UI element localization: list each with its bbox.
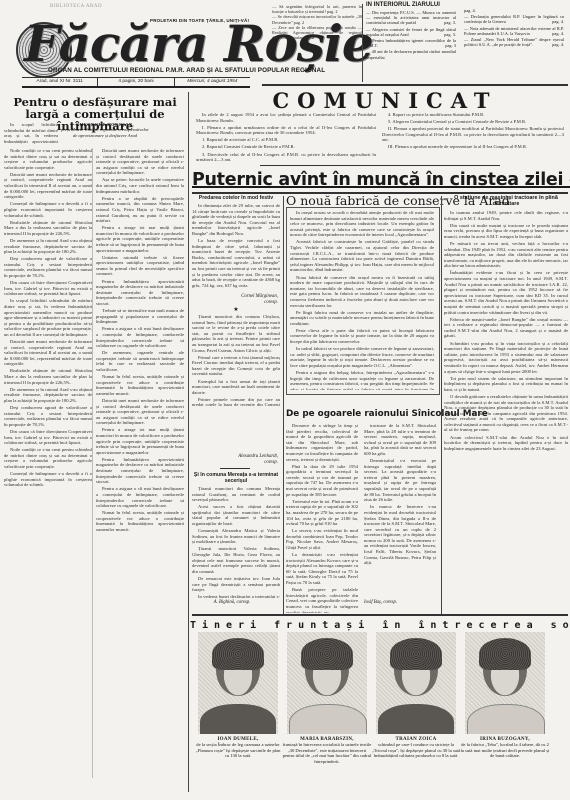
quote-item: — Se dezvoltă mișcarea inovatorilor la u… <box>272 14 362 24</box>
photo-caption-3: TRAIAN ZOICA schimbul pe care-l conduce … <box>371 737 461 759</box>
comunicat-left: In zilele de 2 august 1954 a avut loc șe… <box>196 112 376 162</box>
star-divider-icon: ★ <box>192 306 280 313</box>
chislaca-signature: Alexandru Lenhardt, coresp. <box>192 454 278 465</box>
issue-info-bar: Arad, anul XI Nr. 3111 4 pagini, 20 bani… <box>22 77 250 88</box>
masthead-subtitle: ORGAN AL COMITETULUI REGIONAL P.M.R. ARA… <box>48 67 325 74</box>
smt-body: In toamna anului 1949, printre cele dint… <box>444 210 568 612</box>
contents-item[interactable]: — Alegerea comisiei de femei de pe lîngă… <box>366 27 456 37</box>
inside-contents-col2: pag. 4. — Declarația generalului R.P. Un… <box>464 8 564 48</box>
inside-contents-col1: — Din experiența P.C.U.S. — Munca cu oam… <box>366 10 456 61</box>
portrait-photo-3 <box>376 632 456 734</box>
sinicolau-body-left: Deoarece de a strînge la timp și fără pi… <box>286 423 358 613</box>
sinicolau-headline: De pe ogoarele raionului Sînicolaul Mare <box>286 409 438 419</box>
issue-number: Arad, anul XI Nr. 3111 <box>22 78 98 86</box>
cannery-body: In orașul nostru se acordă o deosebită a… <box>290 210 434 390</box>
contents-item[interactable]: — Pentru îmbunătățirea igienei concediil… <box>366 38 456 48</box>
short-divider <box>220 468 250 469</box>
mereata-headline: Și în comuna Mereața s-a terminat seceri… <box>192 472 280 484</box>
mereata-body: Țăranii muncitori din comuna Mereața rai… <box>192 486 280 598</box>
portrait-photo-2 <box>287 632 367 734</box>
photo-section-title: Tineri fruntași în întrecerea socialistă <box>190 620 570 631</box>
left-article-col2: Datorită unei munci neobosite de informa… <box>96 148 184 774</box>
chislaca-body: Țăranii muncitori din comuna Chișlaca, r… <box>192 314 280 406</box>
left-article-lead: In scopul lichidării schimbului de mărfu… <box>4 122 58 144</box>
portrait-photo-1 <box>198 632 278 734</box>
cota-body: In dimineața zilei de 29 iulie, un convo… <box>192 203 280 295</box>
column-divider <box>441 196 442 614</box>
sinicolau-signature: Iosif Baș, coresp. <box>364 600 434 606</box>
contents-item[interactable]: — Nota adresată de ministerul afacerilor… <box>464 26 564 36</box>
column-divider <box>283 196 284 614</box>
comunicat-right: 4. Raport cu privire la modificarea Stat… <box>382 112 564 162</box>
cota-signature: Cornel Mărginean, coresp. <box>192 294 278 305</box>
photo-section-divider <box>192 614 568 616</box>
inside-contents-title: IN INTERIORUL ZIARULUI <box>366 2 440 8</box>
sinicolau-body-right: tractoare de la S.M.T. Sînicolaul Mare, … <box>364 423 436 601</box>
left-article-col1: Noile condiții ce s-au creat pentru schi… <box>4 148 92 788</box>
photo-caption-1: IOAN DUMELE, de la secția Îmbrac de leg … <box>193 737 283 759</box>
contents-item[interactable]: — 40 ani de la declararea primului războ… <box>366 49 456 59</box>
contents-item[interactable]: pag. 4. <box>464 8 564 13</box>
cota-headline: Predarea cotelor în mod festiv <box>192 195 280 201</box>
portrait-photo-4 <box>465 632 545 734</box>
contents-item[interactable]: — Declarația generalului R.P. Ungare în … <box>464 14 564 24</box>
column-divider <box>188 92 189 792</box>
photo-caption-4: IRINA BUZOGANY, de la fabrica „Teba", lu… <box>460 737 550 759</box>
left-article-byline: GHEORGHE HONOȘAN, președintele Uniunii r… <box>60 122 150 138</box>
masthead-divider <box>262 84 568 86</box>
comunicat-title: COMUNICAT <box>200 88 570 113</box>
quote-item: — Să urgentăm înfrigoritul la arii, pane… <box>272 4 362 14</box>
column-divider <box>92 148 93 778</box>
headline-quotes: — Să urgentăm înfrigoritul la arii, pane… <box>272 4 362 40</box>
comunicat-divider <box>260 165 500 166</box>
contents-item[interactable]: — Ziarul „New York Herald Tribune" despr… <box>464 37 564 47</box>
issue-date: Miercuri, 4 august 1954 <box>175 78 250 86</box>
pages-price: 4 pagini, 20 bani <box>98 78 174 86</box>
cannery-headline: O nouă fabrică de conserve la Arad <box>286 193 438 208</box>
banner-headline: Puternic avînt în muncă în cinstea zilei… <box>192 170 568 190</box>
quote-item: — Zece ani de la eliberarea poporului ro… <box>272 25 362 41</box>
library-stamp: BIBLIOTECA ARAD <box>50 4 102 9</box>
author-role: președintele Uniunii regionale a coopera… <box>60 127 150 138</box>
mereata-signature: A. Bighină, coresp. <box>192 600 272 606</box>
contents-item[interactable]: — Din experiența P.C.U.S. — Munca cu oam… <box>366 10 456 26</box>
photo-caption-2: MARIA BARABSZIN, fruntașă în întrecerea … <box>282 737 372 764</box>
smt-headline: O stațiune de mașini și tractoare în pli… <box>444 195 568 207</box>
column-divider <box>362 4 363 82</box>
